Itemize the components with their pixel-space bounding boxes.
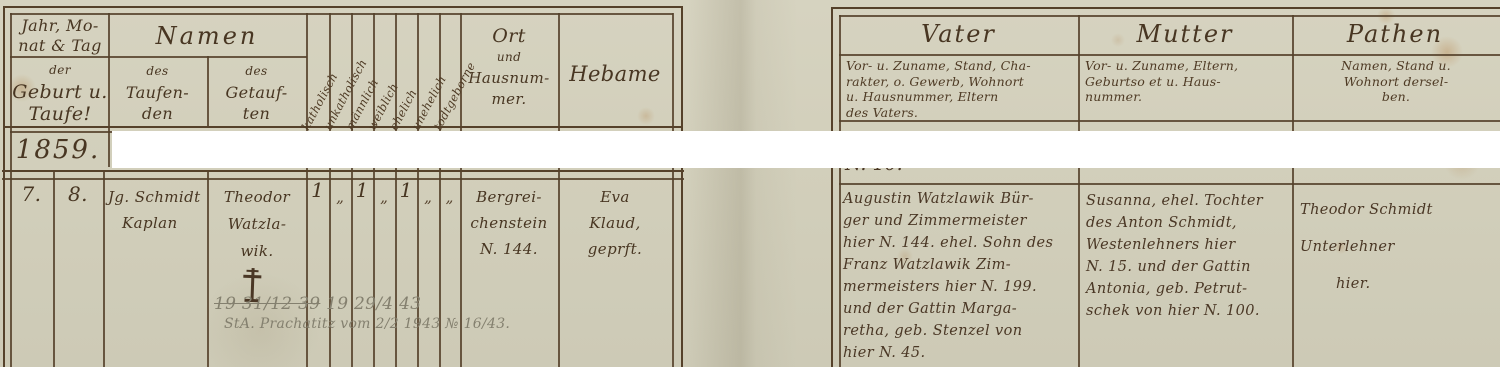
right-top-inner [839,15,1500,17]
mark-unehelich: „ [417,188,439,206]
right-row-separator [839,183,1500,185]
page-fold-shadow [688,0,798,367]
header-vater: Vater [839,20,1078,48]
header-namen: Namen [108,22,306,50]
left-outer-border [3,6,5,367]
scan-stitch-band [112,131,1500,168]
left-table-right-inner [672,13,674,367]
mark-katholisch: 1 [306,178,329,202]
baptized-name-cell: Theodor Watzla- wik. [210,184,304,265]
year-cell: 1859. [12,135,104,165]
godparents-cell: Theodor Schmidt Unterlehner hier. [1300,192,1494,303]
register-scan: Jahr, Mo- nat & Tag der Geburt u. Taufe!… [0,0,1500,367]
mark-weiblich: „ [373,188,395,206]
mark-ehelich: 1 [395,178,417,202]
header-vater-sub: Vor- u. Zuname, Stand, Cha- rakter, o. G… [846,58,1074,120]
mark-unkatholisch: „ [329,188,351,206]
vater-mutter-divider [1078,15,1080,367]
pencil-annotation-registry: StA. Prachatitz vom 2/2 1943 № 16/43. [224,316,510,332]
pencil-annotation-dates: 19 31/12 39 19 29/4 43 [214,294,421,314]
left-top-inner [10,13,673,15]
midwife-cell: Eva Klaud, geprft. [560,184,670,262]
header-mutter: Mutter [1078,20,1292,48]
header-ort: Ort und Hausnum- mer. [460,26,558,110]
header-hebamme: Hebame [558,62,672,86]
right-title-sub-divider [839,54,1500,56]
place-cell: Bergrei- chenstein N. 144. [462,184,556,262]
birth-day-cell: 7. [10,182,53,206]
header-taufende: des Taufen- den [108,61,207,124]
left-header-row-divider [10,56,307,58]
header-getaufte: des Getauf- ten [207,61,306,124]
right-table-left-outer [831,7,833,367]
right-header-bottom [839,120,1500,122]
left-row-top-line-2 [2,178,684,180]
right-table-left-inner [839,15,841,367]
header-date-col-sub: der Geburt u. Taufe! [12,59,108,125]
baptism-day-cell: 8. [53,182,103,206]
father-cell: Augustin Watzlawik Bür- ger und Zimmerme… [843,188,1077,364]
mark-maennlich: 1 [351,178,373,202]
header-date-col: Jahr, Mo- nat & Tag [12,16,108,56]
mutter-pathen-divider [1292,15,1294,367]
left-row-top-line-1 [2,170,684,172]
namen-sub-divider-row [207,170,209,367]
header-mutter-sub: Vor- u. Zuname, Eltern, Geburtso et u. H… [1085,58,1287,105]
header-pathen-sub: Namen, Stand u. Wohnort dersel- ben. [1298,58,1494,105]
right-top-outer [831,7,1500,9]
header-pathen: Pathen [1292,20,1498,48]
left-top-outer [3,6,683,8]
mark-todtgeborne: „ [439,188,460,206]
date-name-divider [103,170,105,367]
mother-cell: Susanna, ehel. Tochter des Anton Schmidt… [1086,190,1290,322]
baptizer-cell: Jg. Schmidt Kaplan [108,184,206,236]
left-table-right-outer [681,6,683,367]
